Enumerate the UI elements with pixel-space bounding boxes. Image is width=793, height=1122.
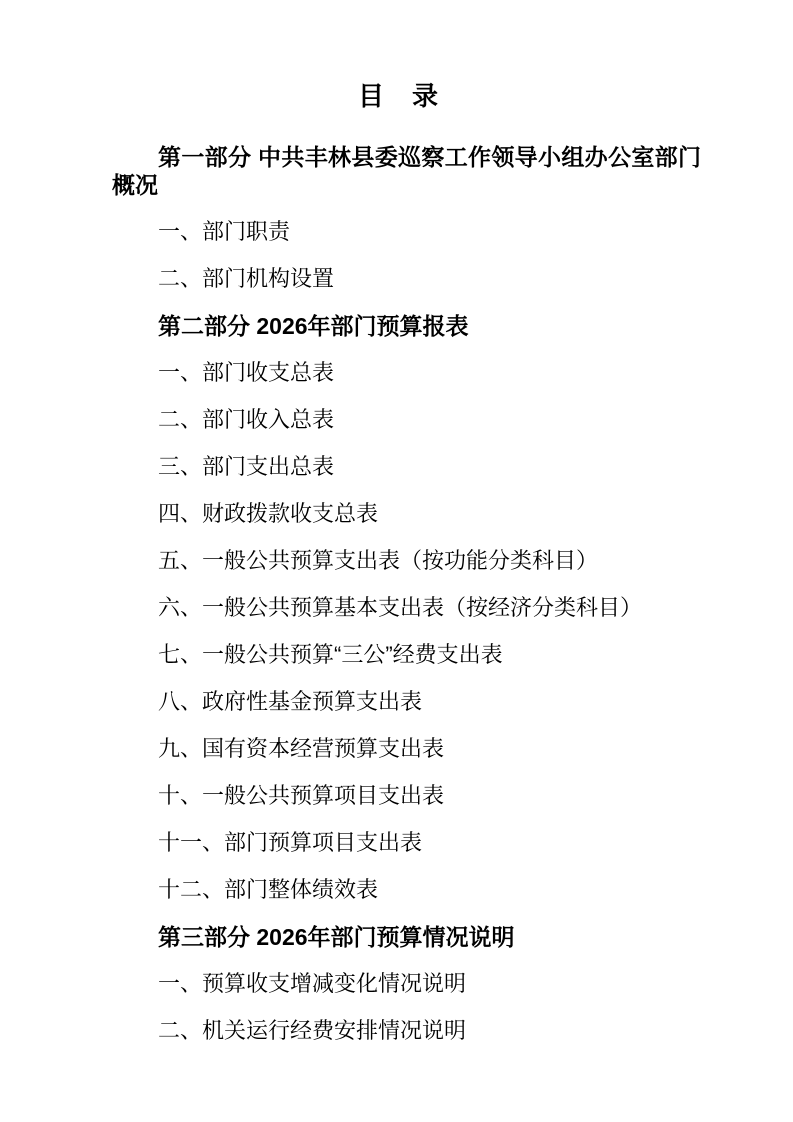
document-title: 目 录 (112, 78, 685, 114)
toc-item-s2-12: 十二、部门整体绩效表 (112, 876, 685, 904)
toc-section-2-heading: 第二部分 2026年部门预算报表 (112, 312, 685, 340)
toc-item-s2-2: 二、部门收入总表 (112, 406, 685, 434)
toc-section-2: 第二部分 2026年部门预算报表 一、部门收支总表 二、部门收入总表 三、部门支… (112, 312, 685, 904)
toc-item-s3-2: 二、机关运行经费安排情况说明 (112, 1017, 685, 1045)
toc-item-s2-5: 五、一般公共预算支出表（按功能分类科目） (112, 547, 685, 575)
toc-item-s3-1: 一、预算收支增减变化情况说明 (112, 970, 685, 998)
toc-item-s2-4: 四、财政拨款收支总表 (112, 500, 685, 528)
toc-section-1: 第一部分 中共丰林县委巡察工作领导小组办公室部门概况 一、部门职责 二、部门机构… (112, 143, 685, 293)
toc-section-3: 第三部分 2026年部门预算情况说明 一、预算收支增减变化情况说明 二、机关运行… (112, 923, 685, 1045)
toc-item-s2-11: 十一、部门预算项目支出表 (112, 829, 685, 857)
toc-item-s2-10: 十、一般公共预算项目支出表 (112, 782, 685, 810)
toc-item-s2-6: 六、一般公共预算基本支出表（按经济分类科目） (112, 594, 685, 622)
document-page: 目 录 第一部分 中共丰林县委巡察工作领导小组办公室部门概况 一、部门职责 二、… (0, 0, 793, 1122)
toc-item-s2-8: 八、政府性基金预算支出表 (112, 688, 685, 716)
toc-item-s2-1: 一、部门收支总表 (112, 359, 685, 387)
toc-item-s1-1: 一、部门职责 (112, 218, 685, 246)
toc-section-1-heading: 第一部分 中共丰林县委巡察工作领导小组办公室部门概况 (112, 143, 701, 199)
toc-section-3-heading: 第三部分 2026年部门预算情况说明 (112, 923, 685, 951)
toc-item-s2-9: 九、国有资本经营预算支出表 (112, 735, 685, 763)
toc-item-s1-2: 二、部门机构设置 (112, 265, 685, 293)
toc-item-s2-3: 三、部门支出总表 (112, 453, 685, 481)
toc-item-s2-7: 七、一般公共预算“三公”经费支出表 (112, 641, 685, 669)
